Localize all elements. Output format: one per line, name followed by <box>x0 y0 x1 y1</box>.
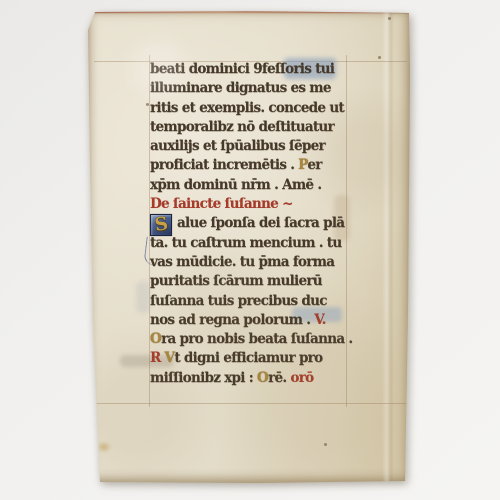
ink-speck <box>324 443 327 446</box>
photo-backdrop: S beati dominici 9feſſoris tuiilluminare… <box>0 0 500 500</box>
text-run-red: De ſaincte ſuſanne ~ <box>150 196 293 212</box>
text-run-ink: puritatis ſcārum mulierū <box>150 273 322 289</box>
manuscript-line: puritatis ſcārum mulierū <box>150 272 350 291</box>
parchment-stain <box>96 441 112 453</box>
leaf-shadow: S beati dominici 9feſſoris tuiilluminare… <box>88 11 410 483</box>
text-run-ink: proficiat incremētis . <box>150 157 298 173</box>
leaf-top-edge-stain <box>93 11 409 13</box>
text-run-gold: O <box>257 370 268 386</box>
manuscript-line: R Vt digni efficiamur pro <box>150 349 350 368</box>
text-run-gold: V <box>165 350 175 366</box>
text-run-red: orō <box>290 370 313 386</box>
manuscript-line: nos ad regna polorum . V. <box>150 311 350 330</box>
text-run-ink: rē. <box>268 370 290 386</box>
text-run-ink: temporalibz nō deſtituatur <box>150 119 334 135</box>
manuscript-line: alue ſponſa dei ſacra plā <box>150 214 350 233</box>
text-run-gold: P <box>298 157 307 173</box>
showthrough-text-ghost-left-margin <box>136 281 150 313</box>
text-run-ink: illuminare dignatus es me <box>150 80 331 96</box>
manuscript-line: illuminare dignatus es me <box>150 79 350 98</box>
manuscript-line: ritis et exemplis. concede ut <box>150 99 350 118</box>
manuscript-line: ta. tu caſtrum mencium . tu <box>150 234 350 253</box>
text-block: beati dominici 9feſſoris tuiilluminare d… <box>150 60 350 388</box>
manuscript-line: De ſaincte ſuſanne ~ <box>150 195 350 214</box>
manuscript-line: auxilijs et ſpūalibus ſēper <box>150 137 350 156</box>
text-run-ink: er <box>307 157 321 173</box>
text-run-ink: ta. tu caſtrum mencium . tu <box>150 235 341 251</box>
text-run-ink: auxilijs et ſpūalibus ſēper <box>150 138 325 154</box>
text-run-ink: nos ad regna polorum . <box>150 312 314 328</box>
manuscript-line: ſuſanna tuis precibus duc <box>150 292 350 311</box>
manuscript-line: Ora pro nobis beata ſuſanna . <box>150 330 350 349</box>
text-run-ink: vas mūdicie. tu p̄ma forma <box>150 254 334 270</box>
text-run-ink: xp̄m dominū nr̄m . Amē . <box>150 177 321 193</box>
manuscript-line: temporalibz nō deſtituatur <box>150 118 350 137</box>
text-run-gold: O <box>150 331 161 347</box>
manuscript-line: xp̄m dominū nr̄m . Amē . <box>150 176 350 195</box>
text-run-ink: ſuſanna tuis precibus duc <box>150 293 327 309</box>
text-run-ink: ritis et exemplis. concede ut <box>150 100 344 116</box>
text-run-ink: t digni efficiamur pro <box>174 350 322 366</box>
text-run-ink: ra pro nobis beata ſuſanna . <box>161 331 352 347</box>
manuscript-leaf: S beati dominici 9feſſoris tuiilluminare… <box>88 11 410 483</box>
manuscript-line: proficiat incremētis . Per <box>150 156 350 175</box>
text-run-red: V. <box>314 312 325 328</box>
text-run-red: R <box>150 350 161 366</box>
text-run-ink: alue ſponſa dei ſacra plā <box>177 215 344 231</box>
manuscript-line: beati dominici 9feſſoris tui <box>150 60 350 79</box>
ruling-line-horizontal-bottom <box>94 403 407 404</box>
text-run-ink: beati dominici 9feſſoris tui <box>150 61 334 77</box>
ink-speck <box>378 56 381 59</box>
manuscript-line: miſſionibz xpi : Orē. orō <box>150 369 350 388</box>
manuscript-line: vas mūdicie. tu p̄ma forma <box>150 253 350 272</box>
text-run-ink: miſſionibz xpi : <box>150 370 257 386</box>
parchment-crease <box>382 11 394 483</box>
